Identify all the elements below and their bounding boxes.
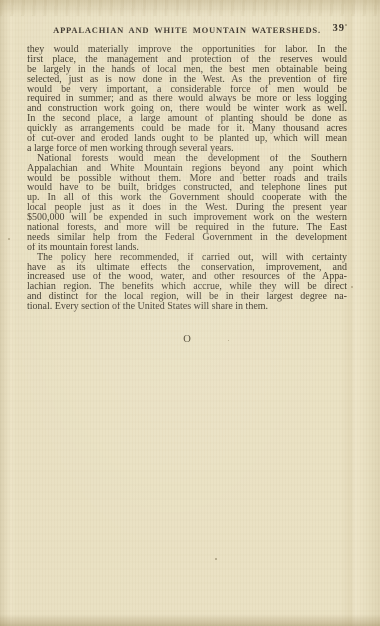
text-line: $500,000 will be expended in such improv… xyxy=(27,213,347,223)
paper-speck xyxy=(215,558,217,560)
circle-ornament: O xyxy=(183,335,191,345)
text-line: In the second place, a large amount of p… xyxy=(27,114,347,124)
paper-top-edge xyxy=(0,0,380,16)
paper-speck xyxy=(8,238,10,240)
text-line: increased use of the wood, water, and ot… xyxy=(27,272,347,282)
paper-speck xyxy=(351,286,353,288)
text-line: National forests would mean the developm… xyxy=(27,154,347,164)
text-line: of its mountain forest lands. xyxy=(27,243,347,253)
text-line: quickly as arrangements could be made fo… xyxy=(27,124,347,134)
text-line: tional. Every section of the United Stat… xyxy=(27,302,347,312)
text-line: lachian region. The benefits which accru… xyxy=(27,282,347,292)
text-line: would be very important, a considerable … xyxy=(27,85,347,95)
text-line: The policy here recommended, if carried … xyxy=(27,253,347,263)
text-line: would be possible without them. More and… xyxy=(27,174,347,184)
text-line: local people just as it does in the West… xyxy=(27,203,347,213)
book-page: APPALACHIAN AND WHITE MOUNTAIN WATERSHED… xyxy=(0,0,380,626)
running-title: APPALACHIAN AND WHITE MOUNTAIN WATERSHED… xyxy=(27,25,347,35)
text-line: up. In all of this work the Government s… xyxy=(27,193,347,203)
text-line: and construction work going on, there wo… xyxy=(27,104,347,114)
text-line: and distinct for the local region, will … xyxy=(27,292,347,302)
paper-bottom-edge xyxy=(0,614,380,626)
ornament-row: O xyxy=(27,329,347,347)
text-line: first place, the management and protecti… xyxy=(27,55,347,65)
text-line: they would materially improve the opport… xyxy=(27,45,347,55)
text-line: national forests, and more will be requi… xyxy=(27,223,347,233)
text-line: Appalachian and White Mountain regions b… xyxy=(27,164,347,174)
text-line: needs similar help from the Federal Gove… xyxy=(27,233,347,243)
text-line: have as its ultimate effects the conserv… xyxy=(27,263,347,273)
running-header: APPALACHIAN AND WHITE MOUNTAIN WATERSHED… xyxy=(27,25,347,37)
text-line: would have to be built, bridges construc… xyxy=(27,183,347,193)
text-block: they would materially improve the opport… xyxy=(27,45,347,312)
page-number: 39 xyxy=(333,23,346,34)
text-line: required in summer; and as there would a… xyxy=(27,94,347,104)
text-line: of cut-over and eroded lands ought to be… xyxy=(27,134,347,144)
text-line: be largely in the hands of local men, th… xyxy=(27,65,347,75)
text-line: a large force of men working through sev… xyxy=(27,144,347,154)
text-line: selected, just as is now done in the Wes… xyxy=(27,75,347,85)
